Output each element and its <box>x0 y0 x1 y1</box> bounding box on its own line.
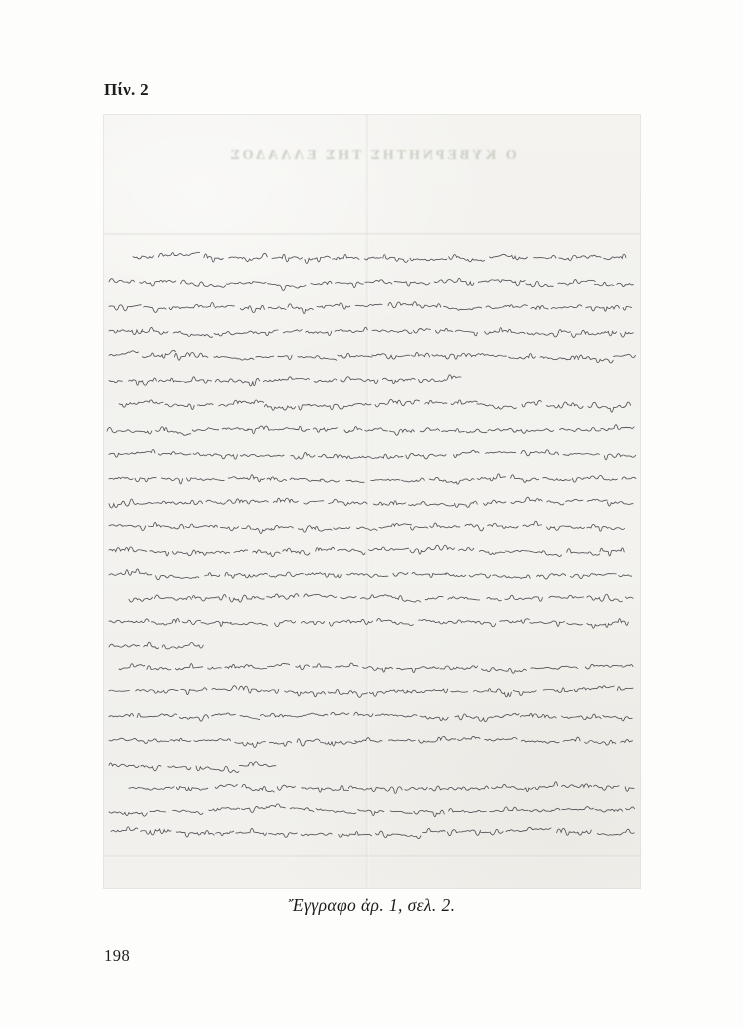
handwriting-word <box>338 353 372 358</box>
handwriting-word <box>129 787 174 791</box>
handwriting-word <box>158 252 199 257</box>
handwriting-word <box>109 812 147 816</box>
handwriting-word <box>520 713 556 718</box>
handwriting-word <box>478 280 525 286</box>
handwriting-word <box>313 428 337 433</box>
handwriting-word <box>298 356 337 361</box>
handwriting-word <box>204 254 223 262</box>
handwriting-word <box>466 429 487 433</box>
handwriting-word <box>486 305 527 309</box>
handwriting-word <box>129 597 153 602</box>
handwriting-word <box>172 550 196 556</box>
handwriting-word <box>155 595 192 600</box>
handwriting-word <box>369 547 409 551</box>
handwriting-word <box>163 689 178 693</box>
handwriting-word <box>147 666 171 670</box>
handwriting-word <box>181 688 207 695</box>
handwriting-word <box>161 478 182 484</box>
handwriting-word <box>359 454 403 459</box>
handwriting-word <box>313 664 332 668</box>
handwriting-word <box>328 690 367 698</box>
handwriting-word <box>434 278 474 285</box>
handwriting-word <box>419 620 462 624</box>
handwriting-word <box>455 330 477 336</box>
handwriting-word <box>607 501 633 506</box>
handwriting-word <box>394 281 430 286</box>
handwriting-word <box>408 689 448 693</box>
handwriting-word <box>256 356 274 358</box>
handwriting-word <box>430 523 460 528</box>
handwriting-word <box>316 547 335 551</box>
handwriting-word <box>179 715 208 721</box>
handwriting-word <box>242 526 272 534</box>
handwriting-word <box>305 573 341 578</box>
handwriting-word <box>355 304 382 306</box>
handwriting-word <box>197 404 213 406</box>
handwriting-word <box>290 478 321 481</box>
handwriting-word <box>509 354 536 359</box>
handwriting-word <box>377 619 414 626</box>
handwriting-word <box>279 426 309 431</box>
handwriting-word <box>141 829 171 835</box>
handwriting-word <box>270 742 292 747</box>
handwriting-word <box>449 809 487 813</box>
handwriting-word <box>119 400 163 407</box>
handwriting-word <box>156 427 191 436</box>
handwriting-word <box>372 330 412 334</box>
handwriting-word <box>298 526 332 533</box>
handwriting-word <box>221 527 239 531</box>
handwriting-word <box>505 551 532 553</box>
handwriting-word <box>395 596 420 602</box>
handwriting-word <box>109 449 155 457</box>
handwriting-word <box>129 378 157 385</box>
handwriting-word <box>363 667 393 673</box>
handwriting-word <box>307 713 328 716</box>
handwriting-word <box>566 499 583 501</box>
handwriting-word <box>142 350 175 358</box>
handwriting-word <box>540 356 578 360</box>
handwriting-lines <box>103 114 641 889</box>
handwriting-word <box>196 766 239 772</box>
handwriting-word <box>317 303 350 309</box>
handwriting-word <box>481 829 504 835</box>
handwriting-word <box>170 738 191 741</box>
handwriting-word <box>505 595 543 601</box>
handwriting-word <box>603 715 632 720</box>
handwriting-word <box>500 619 530 623</box>
handwriting-word <box>429 786 448 791</box>
handwriting-word <box>341 596 356 598</box>
handwriting-word <box>531 306 548 310</box>
handwriting-word <box>448 597 480 600</box>
handwriting-word <box>222 428 249 431</box>
handwriting-word <box>457 736 480 740</box>
handwriting-word <box>212 713 236 716</box>
handwriting-word <box>306 331 332 335</box>
handwriting-word <box>390 811 412 814</box>
handwriting-word <box>209 808 240 811</box>
handwriting-word <box>451 691 468 692</box>
handwriting-word <box>414 329 431 333</box>
handwriting-word <box>558 280 595 285</box>
handwriting-word <box>214 331 239 335</box>
handwriting-word <box>523 521 542 526</box>
handwriting-word <box>181 280 226 287</box>
handwriting-word <box>148 522 184 529</box>
handwriting-word <box>559 255 601 260</box>
handwriting-word <box>373 501 405 505</box>
handwriting-word <box>511 497 542 503</box>
handwriting-word <box>253 550 280 557</box>
handwriting-word <box>379 524 412 528</box>
handwriting-word <box>109 305 141 311</box>
handwriting-word <box>454 450 479 457</box>
handwriting-word <box>587 594 623 602</box>
handwriting-word <box>530 621 565 627</box>
handwriting-word <box>194 739 231 742</box>
handwriting-word <box>297 739 320 746</box>
handwriting-word <box>567 549 600 556</box>
page-number: 198 <box>104 946 130 966</box>
handwriting-word <box>235 742 266 748</box>
handwriting-word <box>440 666 477 670</box>
handwriting-word <box>341 377 378 384</box>
handwriting-word <box>563 737 580 741</box>
handwriting-word <box>383 255 408 263</box>
handwriting-word <box>216 831 234 836</box>
handwriting-word <box>229 595 264 602</box>
handwriting-word <box>488 523 518 528</box>
handwriting-word <box>587 499 607 501</box>
handwriting-word <box>604 454 635 460</box>
handwriting-word <box>621 332 634 337</box>
handwriting-word <box>459 548 474 551</box>
handwriting-word <box>420 716 448 721</box>
handwriting-word <box>299 404 325 410</box>
handwriting-word <box>533 551 562 557</box>
handwriting-word <box>563 453 599 455</box>
handwriting-word <box>344 427 362 433</box>
handwriting-word <box>140 280 176 286</box>
handwriting-word <box>320 741 356 746</box>
handwriting-word <box>521 450 559 456</box>
handwriting-word <box>357 527 378 530</box>
handwriting-word <box>585 664 622 669</box>
handwriting-word <box>376 831 421 839</box>
handwriting-word <box>479 550 505 554</box>
handwriting-word <box>622 477 636 479</box>
plate-label: Πίν. 2 <box>104 80 149 100</box>
handwriting-word <box>119 664 145 670</box>
handwriting-word <box>412 302 440 308</box>
handwriting-word <box>182 620 201 624</box>
handwriting-word <box>604 479 617 480</box>
handwriting-word <box>562 807 594 810</box>
handwriting-word <box>455 714 493 722</box>
handwriting-word <box>325 403 371 409</box>
handwriting-word <box>621 740 633 743</box>
handwriting-word <box>444 306 482 310</box>
handwriting-word <box>267 477 287 482</box>
handwriting-word <box>175 352 208 360</box>
handwriting-word <box>354 712 373 716</box>
handwriting-word <box>393 573 408 577</box>
handwriting-word <box>169 302 214 309</box>
handwriting-word <box>338 549 365 555</box>
handwriting-word <box>260 713 306 717</box>
handwriting-word <box>587 619 628 629</box>
handwriting-word <box>333 254 359 259</box>
handwriting-word <box>535 782 558 790</box>
handwriting-word <box>291 452 315 459</box>
handwriting-word <box>316 809 356 814</box>
handwriting-word <box>397 667 439 673</box>
handwriting-word <box>150 810 166 812</box>
handwriting-word <box>451 400 477 405</box>
handwriting-word <box>585 740 616 745</box>
handwriting-word <box>571 330 616 337</box>
handwriting-word <box>215 378 259 386</box>
handwriting-word <box>527 330 571 337</box>
handwriting-word <box>336 282 364 287</box>
handwriting-word <box>365 257 382 260</box>
handwriting-word <box>419 375 461 383</box>
handwriting-word <box>156 575 199 580</box>
handwriting-word <box>594 785 620 790</box>
handwriting-word <box>234 550 248 552</box>
handwriting-word <box>462 621 495 627</box>
handwriting-word <box>320 479 339 482</box>
handwriting-word <box>361 595 395 599</box>
handwriting-word <box>521 740 559 743</box>
handwriting-word <box>623 307 632 311</box>
handwriting-word <box>240 305 264 312</box>
handwriting-word <box>473 689 511 697</box>
handwriting-word <box>412 572 446 577</box>
handwriting-word <box>625 787 634 791</box>
handwriting-word <box>560 427 601 431</box>
handwriting-word <box>547 501 564 505</box>
handwriting-word <box>562 714 602 720</box>
handwriting-word <box>389 739 416 741</box>
handwriting-word <box>477 474 506 481</box>
handwriting-word <box>109 499 157 508</box>
handwriting-word <box>448 786 488 790</box>
handwriting-word <box>488 428 526 433</box>
handwriting-word <box>272 254 302 261</box>
handwriting-word <box>405 787 427 790</box>
handwriting-word <box>173 331 213 337</box>
handwriting-word <box>141 765 161 771</box>
handwriting-word <box>305 256 331 263</box>
handwriting-word <box>109 329 143 334</box>
handwriting-word <box>133 256 154 259</box>
handwriting-word <box>355 738 382 742</box>
handwriting-word <box>208 667 222 669</box>
handwriting-word <box>151 619 179 626</box>
handwriting-word <box>268 307 286 310</box>
manuscript-scan: Ο ΚΥΒΕΡΝΗΤΗΣ ΤΗΣ ΕΛΛΑΔΟΣ <box>103 114 641 889</box>
handwriting-word <box>109 351 139 356</box>
handwriting-word <box>420 428 439 432</box>
handwriting-word <box>604 254 626 259</box>
handwriting-word <box>158 500 203 504</box>
handwriting-word <box>388 302 412 308</box>
handwriting-word <box>335 327 367 332</box>
handwriting-word <box>625 597 633 599</box>
handwriting-word <box>448 830 481 836</box>
handwriting-word <box>236 828 267 835</box>
handwriting-word <box>560 666 578 668</box>
handwriting-word <box>425 596 443 599</box>
handwriting-word <box>595 809 623 812</box>
handwriting-word <box>511 475 539 483</box>
handwriting-word <box>231 622 268 625</box>
handwriting-word <box>572 475 603 482</box>
handwriting-word <box>579 355 613 363</box>
handwriting-word <box>301 833 332 836</box>
handwriting-word <box>228 475 264 482</box>
handwriting-word <box>389 429 414 435</box>
handwriting-word <box>109 763 139 768</box>
handwriting-word <box>304 594 337 597</box>
handwriting-word <box>185 524 217 528</box>
handwriting-word <box>239 686 262 693</box>
handwriting-word <box>486 452 516 454</box>
handwriting-word <box>402 478 425 482</box>
handwriting-word <box>537 574 566 579</box>
handwriting-word <box>111 827 138 832</box>
handwriting-word <box>549 595 584 598</box>
handwriting-word <box>265 405 296 411</box>
handwriting-word <box>290 808 314 812</box>
handwriting-word <box>617 283 634 286</box>
handwriting-word <box>372 354 410 359</box>
handwriting-word <box>455 501 478 507</box>
handwriting-word <box>273 498 298 502</box>
handwriting-word <box>527 429 554 432</box>
handwriting-word <box>597 829 634 835</box>
handwriting-word <box>283 330 302 333</box>
handwriting-word <box>277 785 295 790</box>
handwriting-word <box>301 621 324 624</box>
handwriting-word <box>442 429 465 433</box>
handwriting-word <box>336 663 358 667</box>
handwriting-word <box>136 690 163 694</box>
handwriting-word <box>137 713 176 717</box>
handwriting-word <box>567 623 583 625</box>
handwriting-word <box>135 478 156 482</box>
handwriting-word <box>288 304 313 314</box>
handwriting-word <box>432 353 476 359</box>
handwriting-word <box>414 810 444 817</box>
handwriting-word <box>263 377 309 382</box>
handwriting-word <box>219 400 264 406</box>
handwriting-word <box>214 356 254 360</box>
handwriting-word <box>526 281 553 286</box>
handwriting-word <box>148 739 169 742</box>
handwriting-word <box>506 827 551 831</box>
handwriting-word <box>626 807 635 810</box>
handwriting-word <box>144 642 159 648</box>
handwriting-word <box>410 258 447 261</box>
handwriting-word <box>278 355 292 359</box>
handwriting-word <box>551 305 582 309</box>
handwriting-word <box>529 808 560 812</box>
handwriting-word <box>410 545 455 554</box>
handwriting-word <box>109 477 133 479</box>
handwriting-word <box>269 833 298 838</box>
handwriting-word <box>268 284 306 291</box>
handwriting-word <box>206 500 226 504</box>
handwriting-word <box>339 832 372 838</box>
handwriting-word <box>165 404 194 410</box>
handwriting-word <box>193 453 237 460</box>
handwriting-word <box>329 499 368 505</box>
handwriting-word <box>141 327 168 334</box>
handwriting-word <box>476 354 507 357</box>
handwriting-word <box>318 454 358 458</box>
handwriting-word <box>215 784 237 788</box>
handwriting-word <box>594 282 613 286</box>
handwriting-word <box>162 643 203 649</box>
handwriting-word <box>588 402 631 412</box>
handwriting-word <box>283 548 310 555</box>
handwriting-word <box>109 690 130 691</box>
handwriting-word <box>168 766 191 770</box>
handwriting-word <box>150 551 169 556</box>
handwriting-word <box>586 305 620 311</box>
handwriting-word <box>365 428 388 431</box>
handwriting-word <box>268 663 290 666</box>
handwriting-word <box>184 377 212 383</box>
handwriting-word <box>485 328 526 334</box>
handwriting-word <box>192 595 226 601</box>
handwriting-word <box>311 281 332 284</box>
handwriting-word <box>465 524 484 531</box>
handwriting-word <box>240 716 260 720</box>
handwriting-word <box>248 426 279 434</box>
handwriting-word <box>158 378 182 382</box>
handwriting-word <box>445 573 466 577</box>
handwriting-word <box>346 480 364 482</box>
handwriting-word <box>484 500 506 505</box>
handwriting-word <box>229 253 268 261</box>
handwriting-word <box>449 255 485 262</box>
handwriting-word <box>109 547 147 552</box>
handwriting-word <box>617 687 633 691</box>
handwriting-word <box>241 804 285 813</box>
handwriting-word <box>546 402 583 408</box>
handwriting-word <box>285 691 326 697</box>
handwriting-word <box>227 499 269 504</box>
handwriting-word <box>513 690 536 695</box>
handwriting-word <box>522 400 541 407</box>
handwriting-word <box>423 828 446 832</box>
handwriting-word <box>408 502 453 506</box>
handwriting-word <box>492 784 534 791</box>
handwriting-word <box>429 477 474 484</box>
handwriting-word <box>226 282 266 285</box>
handwriting-word <box>158 452 191 456</box>
handwriting-word <box>239 330 278 336</box>
handwriting-word <box>371 479 400 481</box>
handwriting-word <box>197 551 230 555</box>
handwriting-word <box>107 427 152 433</box>
handwriting-word <box>487 597 502 600</box>
handwriting-word <box>382 787 402 794</box>
